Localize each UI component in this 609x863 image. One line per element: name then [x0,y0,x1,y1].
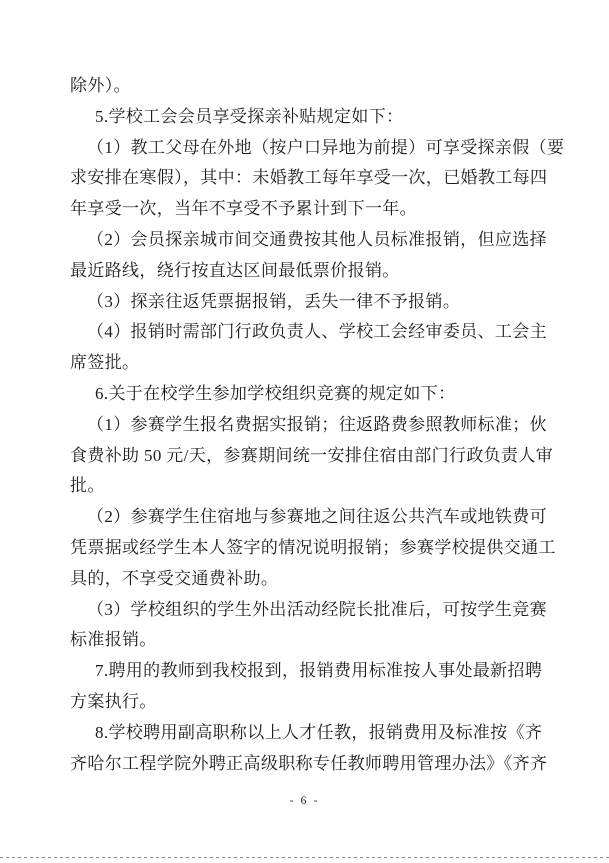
text-line: 8.学校聘用副高职称以上人才任教，报销费用及标准按《齐 [70,718,556,749]
page-number: - 6 - [0,792,609,808]
text-line: 7.聘用的教师到我校报到，报销费用标准按人事处最新招聘 [70,656,556,687]
text-line: 具的，不享受交通费补助。 [70,564,556,595]
document-page: 除外）。 5.学校工会会员享受探亲补贴规定如下： （1）教工父母在外地（按户口异… [0,0,609,863]
text-line: 食费补助 50 元/天，参赛期间统一安排住宿由部门行政负责人审 [70,441,556,472]
document-body: 除外）。 5.学校工会会员享受探亲补贴规定如下： （1）教工父母在外地（按户口异… [70,71,556,779]
text-line: （3）探亲往返凭票据报销，丢失一律不予报销。 [70,287,556,318]
text-line: 6.关于在校学生参加学校组织竞赛的规定如下： [70,379,556,410]
text-line: 批。 [70,471,556,502]
text-line: 5.学校工会会员享受探亲补贴规定如下： [70,102,556,133]
text-line: 凭票据或经学生本人签字的情况说明报销；参赛学校提供交通工 [70,533,556,564]
bottom-dashed-divider [0,856,609,858]
text-line: 最近路线，绕行按直达区间最低票价报销。 [70,256,556,287]
text-line: （1）教工父母在外地（按户口异地为前提）可享受探亲假（要 [70,133,556,164]
text-line: （2）参赛学生住宿地与参赛地之间往返公共汽车或地铁费可 [70,502,556,533]
text-line: 求安排在寒假），其中：未婚教工每年享受一次，已婚教工每四 [70,163,556,194]
text-line: （2）会员探亲城市间交通费按其他人员标准报销，但应选择 [70,225,556,256]
text-line: （1）参赛学生报名费据实报销；往返路费参照教师标准；伙 [70,410,556,441]
text-line: 除外）。 [70,71,556,102]
text-line: 席签批。 [70,348,556,379]
text-line: 齐哈尔工程学院外聘正高级职称专任教师聘用管理办法》《齐齐 [70,749,556,780]
text-line: 方案执行。 [70,687,556,718]
text-line: 年享受一次，当年不享受不予累计到下一年。 [70,194,556,225]
text-line: （4）报销时需部门行政负责人、学校工会经审委员、工会主 [70,317,556,348]
text-line: 标准报销。 [70,625,556,656]
text-line: （3）学校组织的学生外出活动经院长批准后，可按学生竞赛 [70,595,556,626]
